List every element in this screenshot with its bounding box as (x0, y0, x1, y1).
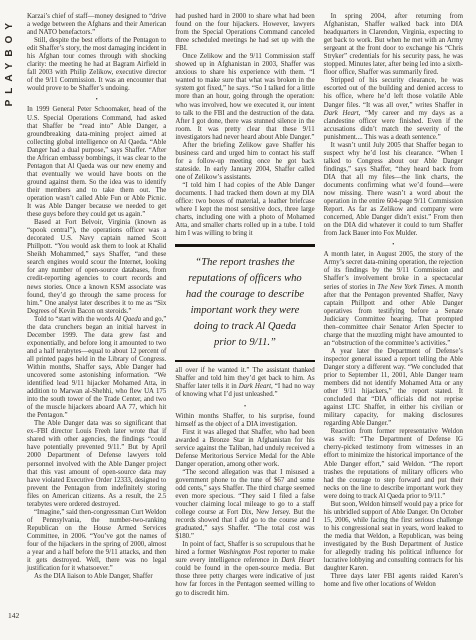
article-column-middle-bottom: all over if he wanted it.” The assistant… (175, 367, 314, 597)
paragraph: Three days later FBI agents raided Karen… (324, 573, 463, 589)
article-column-right: In spring 2004, after returning from Afg… (324, 13, 463, 598)
section-break: • (27, 96, 166, 104)
article-column-middle-top: had pushed hard in 2000 to share what ha… (175, 13, 314, 238)
paragraph: “Imagine,” said then-congressman Curt We… (27, 509, 166, 573)
pull-quote-line: had the courage to describe (175, 287, 314, 303)
pull-quote: “The report trashes thereputations of of… (175, 244, 314, 362)
paragraph: In point of fact, Shaffer is so scrupulo… (175, 541, 314, 597)
paragraph: “I told him I had copies of the Able Dan… (175, 182, 314, 238)
paragraph: Told to “start with the words Al Qaeda a… (27, 316, 166, 421)
paragraph: In 1999 General Peter Schoomaker, head o… (27, 106, 166, 219)
page-number: 142 (8, 611, 19, 620)
paragraph: First it was alleged that Shaffer, who h… (175, 429, 314, 469)
paragraph: “The second allegation was that I misuse… (175, 469, 314, 541)
paragraph: had pushed hard in 2000 to share what ha… (175, 13, 314, 53)
pull-quote-rule-bottom (175, 360, 314, 363)
pull-quote-line: “The report trashes the (175, 255, 314, 271)
paragraph: But soon, Weldon himself would pay a pri… (324, 501, 463, 573)
paragraph: A month later, in August 2005, the story… (324, 251, 463, 348)
pull-quote-line: prior to 9/11.” (175, 335, 314, 351)
paragraph: Stripped of his security clearance, he w… (324, 77, 463, 141)
paragraph: Once Zelikow and the 9/11 Commission sta… (175, 53, 314, 142)
article-column-middle: had pushed hard in 2000 to share what ha… (175, 13, 314, 598)
paragraph: In spring 2004, after returning from Afg… (324, 13, 463, 77)
pull-quote-text: “The report trashes thereputations of of… (175, 247, 314, 360)
section-break: • (324, 241, 463, 249)
paragraph: A year later the Department of Defense’s… (324, 348, 463, 428)
pull-quote-line: reputations of officers who (175, 271, 314, 287)
paragraph: After the briefing Zelikow gave Shaffer … (175, 142, 314, 182)
paragraph: Based at Fort Belvoir, Virginia (known a… (27, 219, 166, 316)
pull-quote-line: doing to track Al Qaeda (175, 319, 314, 335)
paragraph: Still, despite the best efforts of the P… (27, 37, 166, 93)
paragraph: It wasn’t until July 2005 that Shaffer b… (324, 142, 463, 239)
paragraph: Within months Shaffer, to his surprise, … (175, 413, 314, 429)
article-body: Karzai’s chief of staff—money designed t… (27, 13, 463, 598)
paragraph: As the DIA liaison to Able Danger, Shaff… (27, 573, 166, 581)
magazine-page: PLAYBOY Karzai’s chief of staff—money de… (0, 0, 476, 640)
paragraph: Reaction from former representative Weld… (324, 428, 463, 500)
paragraph: all over if he wanted it.” The assistant… (175, 367, 314, 399)
section-break: • (175, 403, 314, 411)
article-column-left: Karzai’s chief of staff—money designed t… (27, 13, 166, 598)
magazine-masthead: PLAYBOY (4, 17, 15, 106)
pull-quote-line: important work they were (175, 303, 314, 319)
paragraph: The Able Danger data was so significant … (27, 420, 166, 509)
paragraph: Karzai’s chief of staff—money designed t… (27, 13, 166, 37)
